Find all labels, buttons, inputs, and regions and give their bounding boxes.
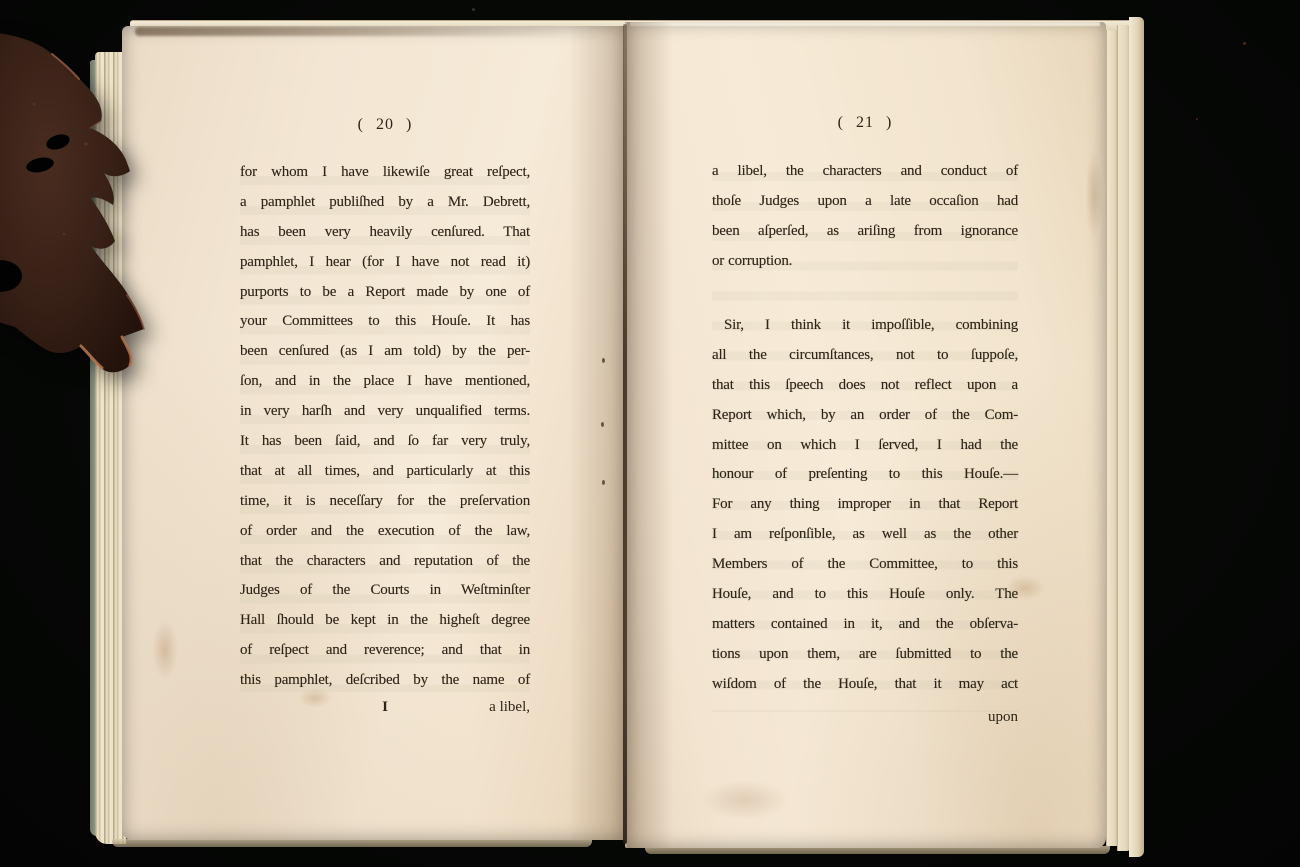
right-page-paragraph-2: Sir, I think it impoſſible, combiningall… <box>712 311 1018 700</box>
text-line: tions upon them, are ſubmitted to the <box>712 640 1018 670</box>
text-line: mittee on which I ſerved, I had the <box>712 431 1018 461</box>
text-line: been cenſured (as I am told) by the per- <box>240 337 530 367</box>
text-line: or corruption. <box>712 247 1018 277</box>
text-line: thoſe Judges upon a late occaſion had <box>712 187 1018 217</box>
text-line: Sir, I think it impoſſible, combining <box>712 311 1018 341</box>
text-line: honour of preſenting to this Houſe.— <box>712 460 1018 490</box>
text-line: matters contained in it, and the obſerva… <box>712 610 1018 640</box>
weight-body <box>0 32 144 372</box>
text-line: purports to be a Report made by one of <box>240 278 530 308</box>
text-line: For any thing improper in that Report <box>712 490 1018 520</box>
text-line: I am reſponſible, as well as the other <box>712 520 1018 550</box>
signature-mark: I <box>382 694 388 720</box>
text-line: of reſpect and reverence; and that in <box>240 636 530 666</box>
right-page-paragraph-1: a libel, the characters and conduct ofth… <box>712 157 1018 277</box>
catchword: upon <box>712 704 1018 730</box>
text-line: in very harſh and very unqualified terms… <box>240 397 530 427</box>
text-line: pamphlet, I hear (for I have not read it… <box>240 248 530 278</box>
gutter-shadow-left <box>568 26 624 840</box>
text-line: for whom I have likewiſe great reſpect, <box>240 158 530 188</box>
book-photograph: ( 20 ) for whom I have likewiſe great re… <box>0 0 1300 867</box>
dust-speck <box>1243 42 1246 45</box>
text-line: Report which, by an order of the Com- <box>712 401 1018 431</box>
catchword: a libel, <box>489 694 530 720</box>
metal-book-weight <box>0 24 164 378</box>
text-line: time, it is neceſſary for the preſervati… <box>240 487 530 517</box>
text-line: Houſe, and to this Houſe only. The <box>712 580 1018 610</box>
text-line: ſon, and in the place I have mentioned, <box>240 367 530 397</box>
text-line: a pamphlet publiſhed by a Mr. Debrett, <box>240 188 530 218</box>
text-line: all the circumſtances, not to ſuppoſe, <box>712 341 1018 371</box>
text-line: been aſperſed, as ariſing from ignorance <box>712 217 1018 247</box>
dust-speck <box>472 8 475 11</box>
text-line: that this ſpeech does not reflect upon a <box>712 371 1018 401</box>
text-line: Hall ſhould be kept in the higheſt degre… <box>240 606 530 636</box>
text-line: Judges of the Courts in Weſtminſter <box>240 576 530 606</box>
page-edge-stack-right <box>1129 17 1144 857</box>
gutter-line <box>623 24 627 844</box>
text-line: Members of the Committee, to this <box>712 550 1018 580</box>
left-page-direction-line: I a libel, <box>240 694 530 720</box>
text-line: your Committees to this Houſe. It has <box>240 307 530 337</box>
weight-speckle <box>63 233 66 236</box>
text-line: It has been ſaid, and ſo far very truly, <box>240 427 530 457</box>
page-top-highlight <box>630 22 1100 26</box>
dust-speck <box>1196 118 1198 120</box>
text-line: has been very heavily cenſured. That <box>240 218 530 248</box>
left-page-number: ( 20 ) <box>240 112 530 138</box>
text-line: a libel, the characters and conduct of <box>712 157 1018 187</box>
left-page-text: for whom I have likewiſe great reſpect,a… <box>240 158 530 696</box>
right-page-number: ( 21 ) <box>712 110 1018 136</box>
text-line: this pamphlet, deſcribed by the name of <box>240 666 530 696</box>
weight-speckle <box>84 142 87 145</box>
text-line: that the characters and reputation of th… <box>240 547 530 577</box>
page-edge-stack-bottom <box>112 839 592 847</box>
gutter-shadow-right <box>627 22 673 848</box>
text-line: that at all times, and particularly at t… <box>240 457 530 487</box>
top-edge-smudge <box>135 27 565 36</box>
text-line: of order and the execution of the law, <box>240 517 530 547</box>
weight-speckle <box>33 103 36 106</box>
text-line: wiſdom of the Houſe, that it may act <box>712 670 1018 700</box>
